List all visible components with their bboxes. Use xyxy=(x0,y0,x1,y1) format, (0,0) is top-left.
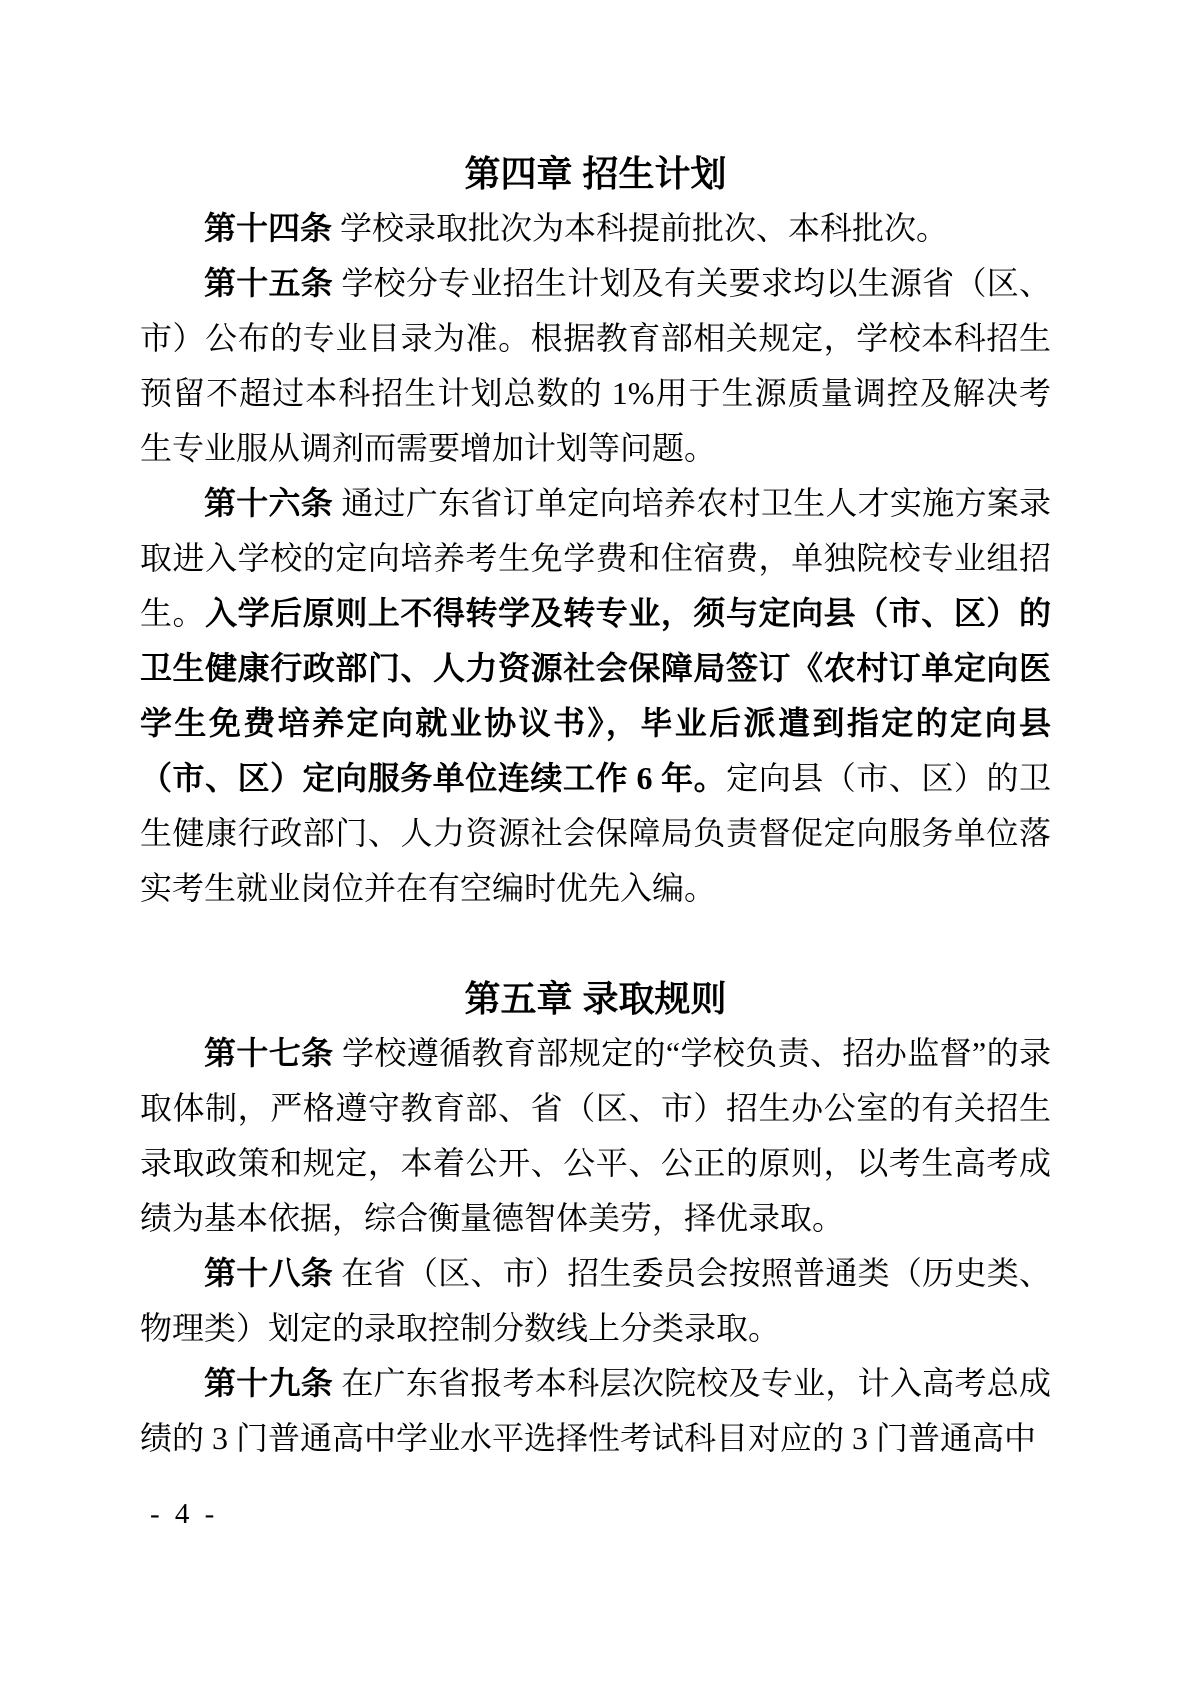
paragraph: 第十四条 学校录取批次为本科提前批次、本科批次。 xyxy=(140,201,1051,256)
text-segment: 学校录取批次为本科提前批次、本科批次。 xyxy=(332,210,948,246)
page-number: - 4 - xyxy=(150,1496,218,1532)
paragraph: 第十九条 在广东省报考本科层次院校及专业，计入高考总成绩的 3 门普通高中学业水… xyxy=(140,1356,1051,1466)
document-content: 第四章 招生计划第十四条 学校录取批次为本科提前批次、本科批次。第十五条 学校分… xyxy=(140,146,1051,1466)
bold-text-segment: 第十八条 xyxy=(204,1255,333,1291)
chapter-title: 第五章 录取规则 xyxy=(140,971,1051,1026)
bold-text-segment: 第十五条 xyxy=(204,265,333,301)
document-page: 第四章 招生计划第十四条 学校录取批次为本科提前批次、本科批次。第十五条 学校分… xyxy=(0,0,1191,1684)
bold-text-segment: 第十九条 xyxy=(204,1365,333,1401)
bold-text-segment: 第十四条 xyxy=(204,210,332,246)
paragraph: 第十八条 在省（区、市）招生委员会按照普通类（历史类、物理类）划定的录取控制分数… xyxy=(140,1246,1051,1356)
paragraph: 第十七条 学校遵循教育部规定的“学校负责、招办监督”的录取体制，严格遵守教育部、… xyxy=(140,1026,1051,1246)
bold-text-segment: 第十七条 xyxy=(204,1035,334,1071)
chapter-title: 第四章 招生计划 xyxy=(140,146,1051,201)
paragraph: 第十五条 学校分专业招生计划及有关要求均以生源省（区、市）公布的专业目录为准。根… xyxy=(140,256,1051,476)
paragraph: 第十六条 通过广东省订单定向培养农村卫生人才实施方案录取进入学校的定向培养考生免… xyxy=(140,476,1051,916)
bold-text-segment: 第十六条 xyxy=(204,485,333,521)
